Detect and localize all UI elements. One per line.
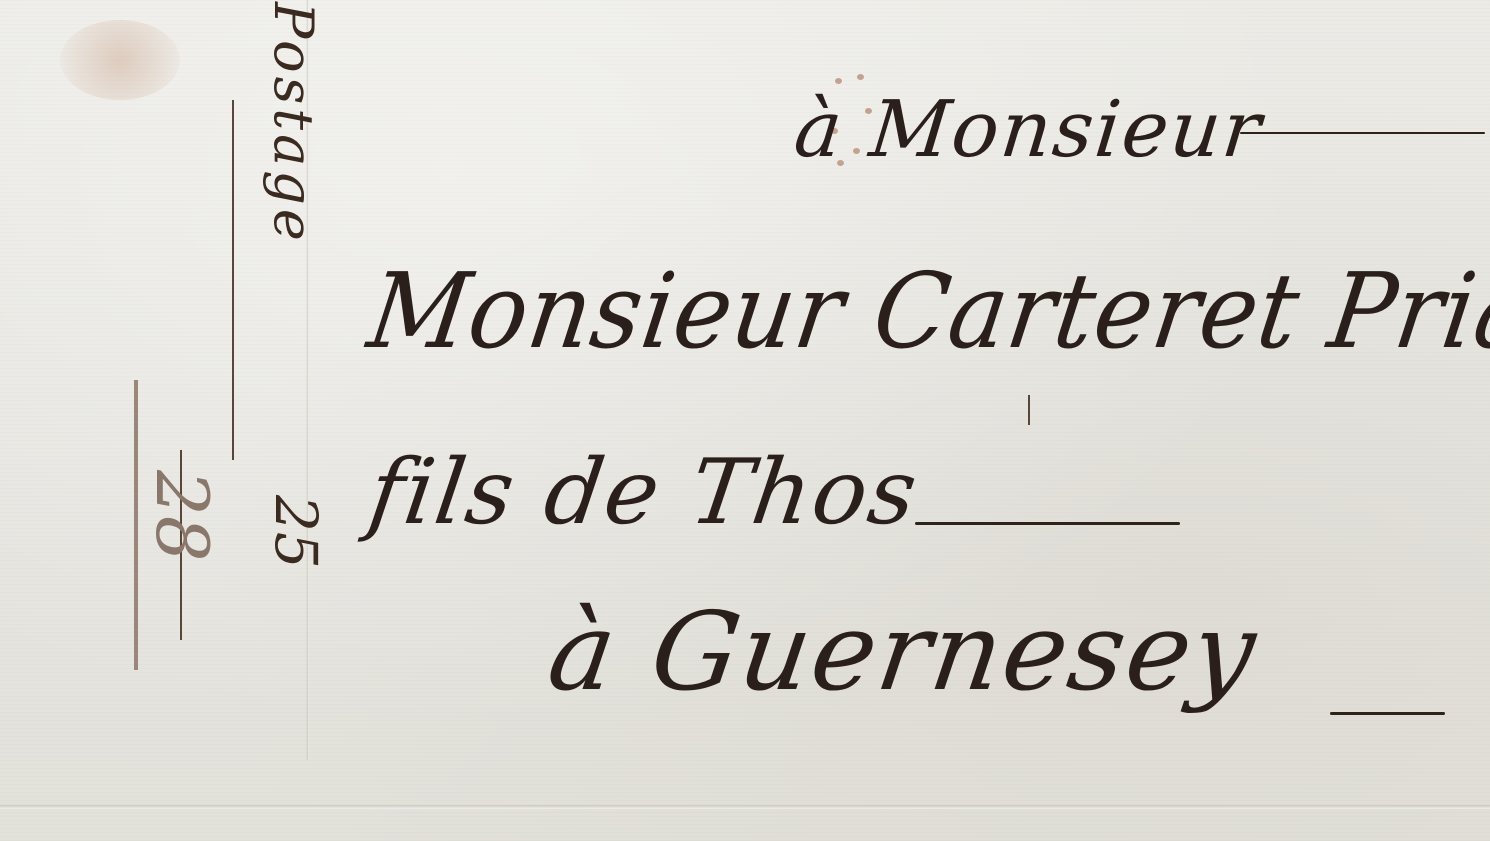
address-line-salutation: à Monsieur [790, 85, 1266, 175]
postage-note: Postage [262, 2, 325, 245]
stray-mark [1028, 395, 1030, 425]
address-line-recipient: Monsieur Carteret Priaulx [361, 250, 1490, 372]
address-line-relation: fils de Thos [363, 440, 925, 545]
flourish-line-top [1240, 132, 1485, 134]
flourish-line-end [1330, 712, 1445, 715]
address-line-destination: à Guernesey [541, 590, 1264, 715]
margin-rule [232, 100, 234, 460]
rate-stroke [134, 380, 138, 670]
horizontal-fold-line [0, 805, 1490, 809]
letter-cover: Postage 28 25 à Monsieur Monsieur Carter… [0, 0, 1490, 841]
paper-stain [60, 20, 180, 100]
flourish-line [915, 522, 1180, 525]
rate-mark: 28 [140, 470, 224, 562]
postage-amount: 25 [262, 495, 330, 569]
